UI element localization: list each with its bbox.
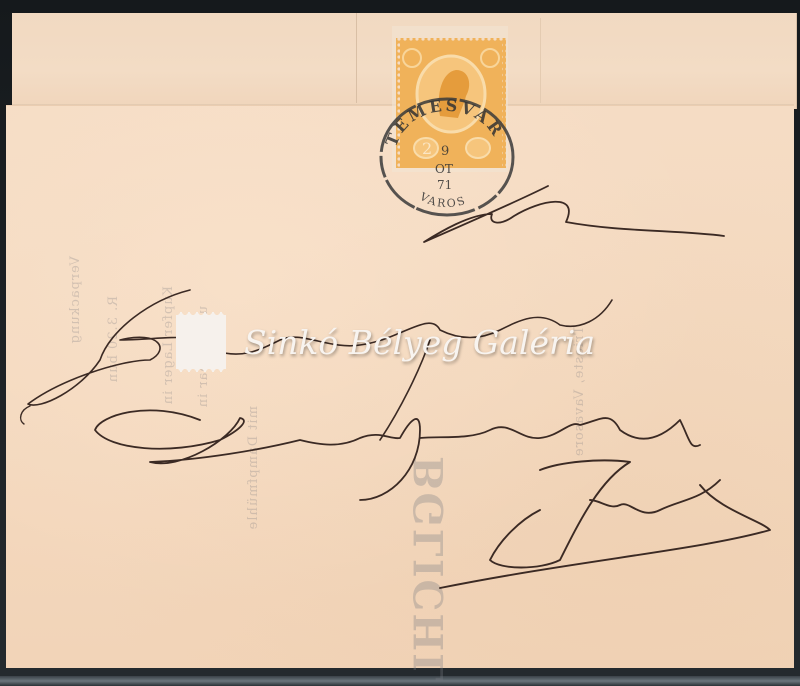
svg-text:71: 71	[437, 178, 452, 192]
scanner-edge-strip	[0, 676, 800, 686]
svg-text:VAROS: VAROS	[417, 190, 468, 211]
show-through-print: Verpackung	[68, 256, 83, 344]
postage-stamp-icon	[176, 312, 226, 372]
flap-fold-line	[540, 18, 541, 103]
flap-fold-line	[356, 13, 357, 103]
show-through-heading: BGLICHL	[406, 456, 453, 683]
svg-text:TEMESVAR: TEMESVAR	[382, 96, 508, 150]
postmark-cancellation: TEMESVAR 9 OT 71 VAROS	[375, 95, 520, 220]
show-through-print: Kupfer Lager in	[161, 286, 176, 405]
watermark-text: Sinkó Bélyeg Galéria	[244, 323, 595, 362]
show-through-print: R. 3.20 bun	[106, 296, 121, 383]
svg-text:OT: OT	[435, 162, 453, 176]
gallery-watermark: Sinkó Bélyeg Galéria	[176, 310, 595, 374]
svg-text:9: 9	[441, 144, 449, 159]
show-through-print: mit Dampfmühle	[246, 406, 261, 530]
